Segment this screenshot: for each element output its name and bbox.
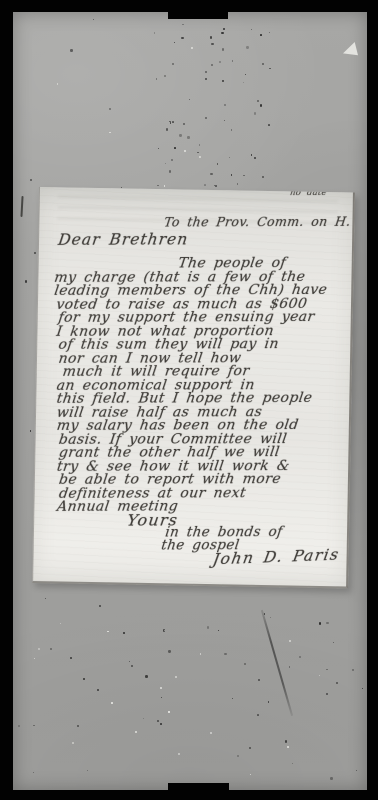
film-notch-top [168,0,228,19]
handwriting-layer: no date To the Prov. Comm. on H. Mission… [40,187,354,581]
microfilm-scan: no date To the Prov. Comm. on H. Mission… [0,0,378,800]
letter-salutation: Dear Brethren [57,232,189,248]
signature: John D. Paris [212,548,341,568]
letter-heading: To the Prov. Comm. on H. Missions [163,216,355,229]
film-notch-bottom [168,783,229,800]
letter-page: no date To the Prov. Comm. on H. Mission… [32,187,355,588]
